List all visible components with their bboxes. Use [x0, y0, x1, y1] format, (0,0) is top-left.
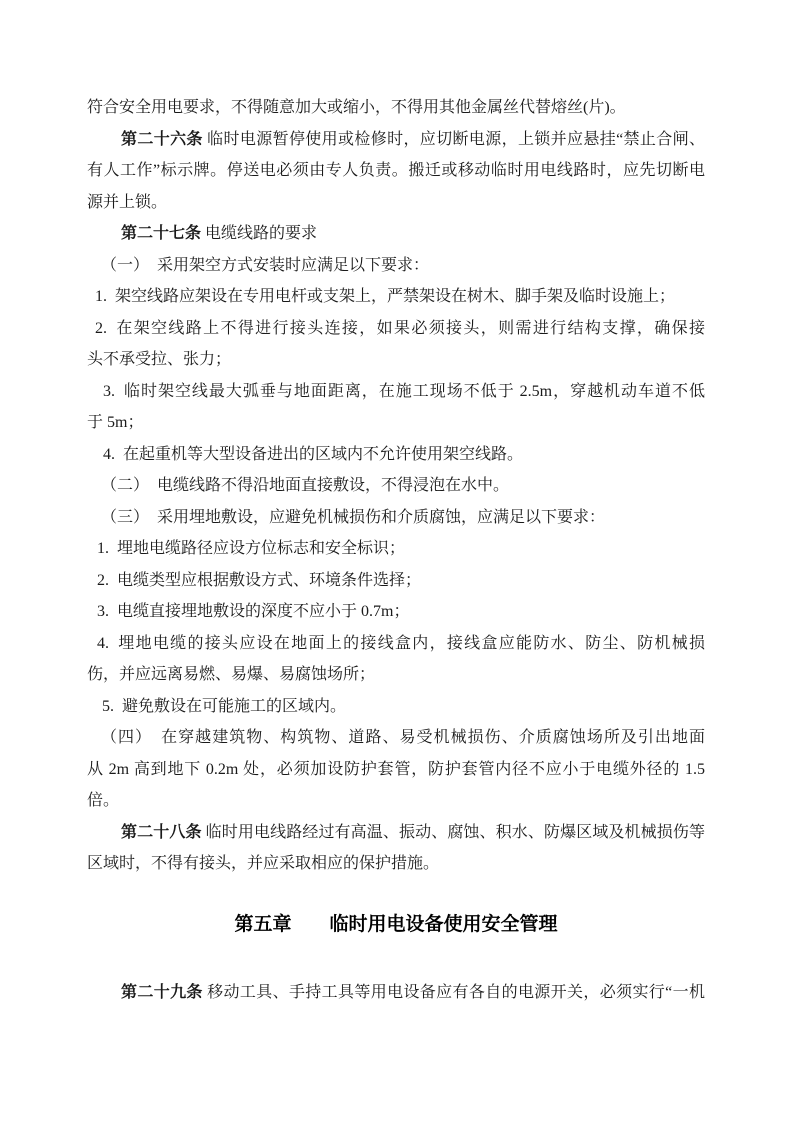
- section-line: （一） 采用架空方式安装时应满足以下要求：: [87, 250, 705, 282]
- section-line: （三） 采用埋地敷设，应避免机械损伤和介质腐蚀，应满足以下要求：: [87, 502, 705, 534]
- section-line: （二） 电缆线路不得沿地面直接敷设，不得浸泡在水中。: [87, 470, 705, 502]
- paragraph-text: 临时用电线路经过有高温、振动、腐蚀、积水、防爆区域及机械损伤等: [202, 824, 705, 841]
- paragraph-line: 第二十九条 移动工具、手持工具等用电设备应有各自的电源开关，必须实行“一机: [87, 977, 705, 1009]
- paragraph-line: 区域时，不得有接头，并应采取相应的保护措施。: [87, 848, 705, 880]
- section-line: （四） 在穿越建筑物、构筑物、道路、易受机械损伤、介质腐蚀场所及引出地面: [87, 722, 705, 754]
- paragraph-line: 从 2m 高到地下 0.2m 处，必须加设防护套管，防护套管内径不应小于电缆外径…: [87, 754, 705, 786]
- list-item-line: 3. 临时架空线最大弧垂与地面距离，在施工现场不低于 2.5m，穿越机动车道不低: [87, 376, 705, 408]
- list-item-line: 1. 埋地电缆路径应设方位标志和安全标识；: [87, 533, 705, 565]
- paragraph-line: 头不承受拉、张力；: [87, 344, 705, 376]
- paragraph-line: 有人工作”标示牌。停送电必须由专人负责。搬迁或移动临时用电线路时，应先切断电: [87, 155, 705, 187]
- list-item-line: 2. 电缆类型应根据敷设方式、环境条件选择；: [87, 565, 705, 597]
- article-number: 第二十九条: [121, 984, 203, 1001]
- paragraph-text: 临时电源暂停使用或检修时，应切断电源，上锁并应悬挂“禁止合闸、: [203, 131, 705, 148]
- paragraph-line: 源并上锁。: [87, 187, 705, 219]
- paragraph-line: 符合安全用电要求，不得随意加大或缩小，不得用其他金属丝代替熔丝(片)。: [87, 92, 705, 124]
- paragraph-text: 电缆线路的要求: [201, 225, 317, 242]
- document-page: 符合安全用电要求，不得随意加大或缩小，不得用其他金属丝代替熔丝(片)。 第二十六…: [0, 0, 793, 1122]
- paragraph-line: 第二十六条 临时电源暂停使用或检修时，应切断电源，上锁并应悬挂“禁止合闸、: [87, 124, 705, 156]
- vertical-spacer: [87, 943, 705, 977]
- paragraph-line: 于 5m；: [87, 407, 705, 439]
- list-item-line: 1. 架空线路应架设在专用电杆或支架上，严禁架设在树木、脚手架及临时设施上；: [87, 281, 705, 313]
- list-item-line: 5. 避免敷设在可能施工的区域内。: [87, 691, 705, 723]
- chapter-heading: 第五章 临时用电设备使用安全管理: [87, 907, 705, 943]
- list-item-line: 3. 电缆直接埋地敷设的深度不应小于 0.7m；: [87, 596, 705, 628]
- paragraph-line: 第二十七条 电缆线路的要求: [87, 218, 705, 250]
- article-number: 第二十七条: [121, 225, 201, 242]
- paragraph-text: 移动工具、手持工具等用电设备应有各自的电源开关，必须实行“一机: [203, 984, 705, 1001]
- article-number: 第二十八条: [121, 824, 202, 841]
- vertical-spacer: [87, 880, 705, 907]
- article-number: 第二十六条: [121, 131, 203, 148]
- list-item-line: 2. 在架空线路上不得进行接头连接，如果必须接头，则需进行结构支撑，确保接: [87, 313, 705, 345]
- list-item-line: 4. 在起重机等大型设备进出的区域内不允许使用架空线路。: [87, 439, 705, 471]
- list-item-line: 4. 埋地电缆的接头应设在地面上的接线盒内，接线盒应能防水、防尘、防机械损: [87, 628, 705, 660]
- paragraph-line: 倍。: [87, 785, 705, 817]
- paragraph-line: 伤，并应远离易燃、易爆、易腐蚀场所；: [87, 659, 705, 691]
- paragraph-line: 第二十八条 临时用电线路经过有高温、振动、腐蚀、积水、防爆区域及机械损伤等: [87, 817, 705, 849]
